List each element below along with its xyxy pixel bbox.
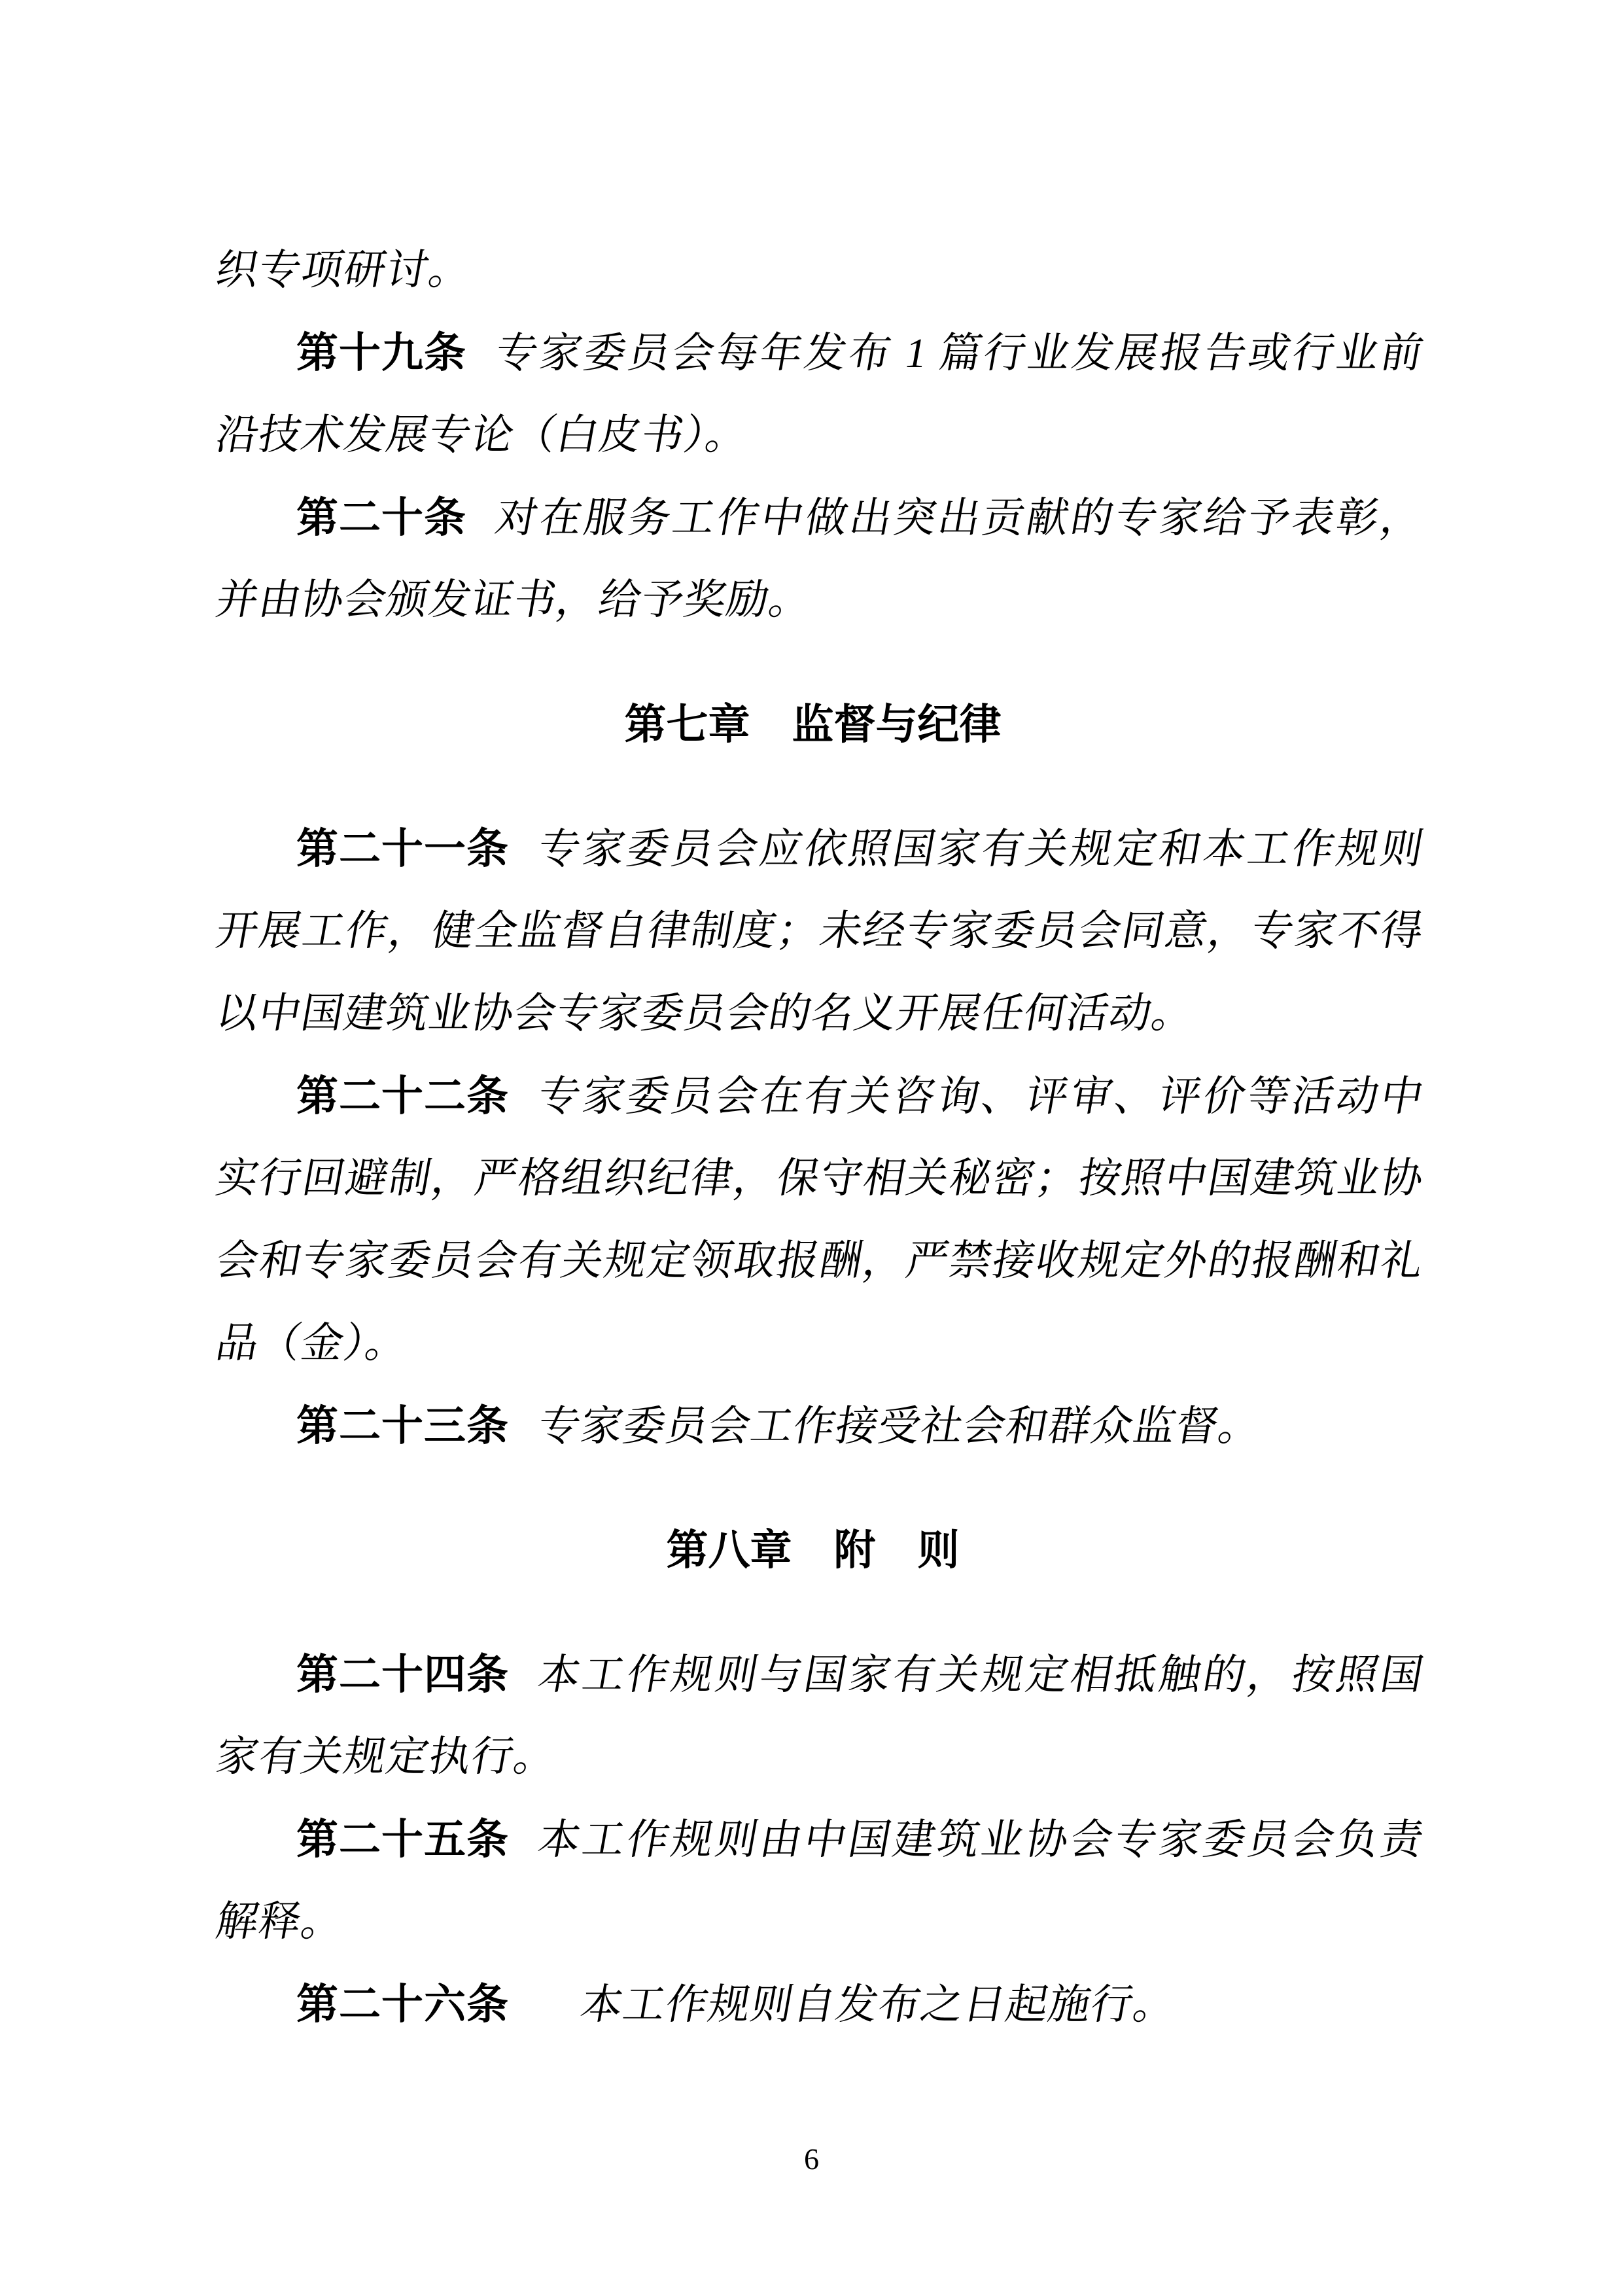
clause-line: 第十九条 专家委员会每年发布 1 篇行业发展报告或行业前: [209, 311, 1416, 394]
clause-line: 第二十六条 本工作规则自发布之日起施行。: [209, 1963, 1416, 2045]
line-text: 以中国建筑业协会专家委员会的名义开展任何活动。: [209, 972, 1431, 1055]
body-line: 沿技术发展专论（白皮书）。: [209, 394, 1416, 476]
chapter-heading: 第七章 监督与纪律: [209, 683, 1416, 766]
body-line: 会和专家委员会有关规定领取报酬，严禁接收规定外的报酬和礼: [209, 1220, 1416, 1302]
clause-number: 第二十二条: [296, 1055, 509, 1137]
clause-text: 专家委员会每年发布 1 篇行业发展报告或行业前: [489, 312, 1431, 395]
line-text: 解释。: [209, 1881, 1431, 1963]
page-number: 6: [0, 2129, 1623, 2189]
clause-line: 第二十三条 专家委员会工作接受社会和群众监督。: [209, 1385, 1416, 1467]
clause-line: 第二十二条 专家委员会在有关咨询、评审、评价等活动中: [209, 1055, 1416, 1137]
line-text: 会和专家委员会有关规定领取报酬，严禁接收规定外的报酬和礼: [209, 1220, 1431, 1302]
body-line: 开展工作，健全监督自律制度；未经专家委员会同意，专家不得: [209, 890, 1416, 972]
body-line: 以中国建筑业协会专家委员会的名义开展任何活动。: [209, 972, 1416, 1055]
clause-number: 第二十五条: [296, 1798, 509, 1881]
clause-number: 第十九条: [296, 311, 466, 394]
line-text: 沿技术发展专论（白皮书）。: [209, 394, 1431, 476]
clause-text: 本工作规则与国家有关规定相抵触的，按照国: [531, 1634, 1431, 1716]
clause-text: 本工作规则由中国建筑业协会专家委员会负责: [531, 1799, 1431, 1881]
body-line: 织专项研讨。: [209, 229, 1416, 311]
clause-number: 第二十六条: [296, 1963, 509, 2045]
body-line: 解释。: [209, 1881, 1416, 1963]
clause-number: 第二十四条: [296, 1633, 509, 1716]
body-line: 并由协会颁发证书，给予奖励。: [209, 559, 1416, 641]
clause-text: 专家委员会应依照国家有关规定和本工作规则: [531, 808, 1431, 891]
body-line: 实行回避制，严格组织纪律，保守相关秘密；按照中国建筑业协: [209, 1137, 1416, 1220]
clause-text: 对在服务工作中做出突出贡献的专家给予表彰，: [489, 477, 1431, 559]
clause-line: 第二十条 对在服务工作中做出突出贡献的专家给予表彰，: [209, 476, 1416, 559]
clause-text: 专家委员会在有关咨询、评审、评价等活动中: [531, 1055, 1431, 1138]
body-line: 品（金）。: [209, 1302, 1416, 1385]
clause-number: 第二十三条: [296, 1385, 509, 1467]
clause-line: 第二十一条 专家委员会应依照国家有关规定和本工作规则: [209, 807, 1416, 890]
line-text: 并由协会颁发证书，给予奖励。: [209, 559, 1431, 641]
clause-number: 第二十一条: [296, 807, 509, 890]
line-text: 品（金）。: [209, 1302, 1431, 1385]
line-text: 开展工作，健全监督自律制度；未经专家委员会同意，专家不得: [209, 890, 1431, 972]
document-body: 织专项研讨。 第十九条 专家委员会每年发布 1 篇行业发展报告或行业前 沿技术发…: [209, 229, 1416, 2045]
clause-line: 第二十四条 本工作规则与国家有关规定相抵触的，按照国: [209, 1633, 1416, 1716]
document-page: 织专项研讨。 第十九条 专家委员会每年发布 1 篇行业发展报告或行业前 沿技术发…: [0, 0, 1623, 2296]
body-line: 家有关规定执行。: [209, 1716, 1416, 1798]
clause-number: 第二十条: [296, 476, 466, 559]
line-text: 织专项研讨。: [209, 229, 1431, 311]
clause-text: 本工作规则自发布之日起施行。: [531, 1964, 1431, 2046]
chapter-heading: 第八章 附 则: [209, 1509, 1416, 1591]
clause-text: 专家委员会工作接受社会和群众监督。: [531, 1385, 1431, 1468]
line-text: 家有关规定执行。: [209, 1716, 1431, 1798]
clause-line: 第二十五条 本工作规则由中国建筑业协会专家委员会负责: [209, 1798, 1416, 1881]
line-text: 实行回避制，严格组织纪律，保守相关秘密；按照中国建筑业协: [209, 1137, 1431, 1220]
